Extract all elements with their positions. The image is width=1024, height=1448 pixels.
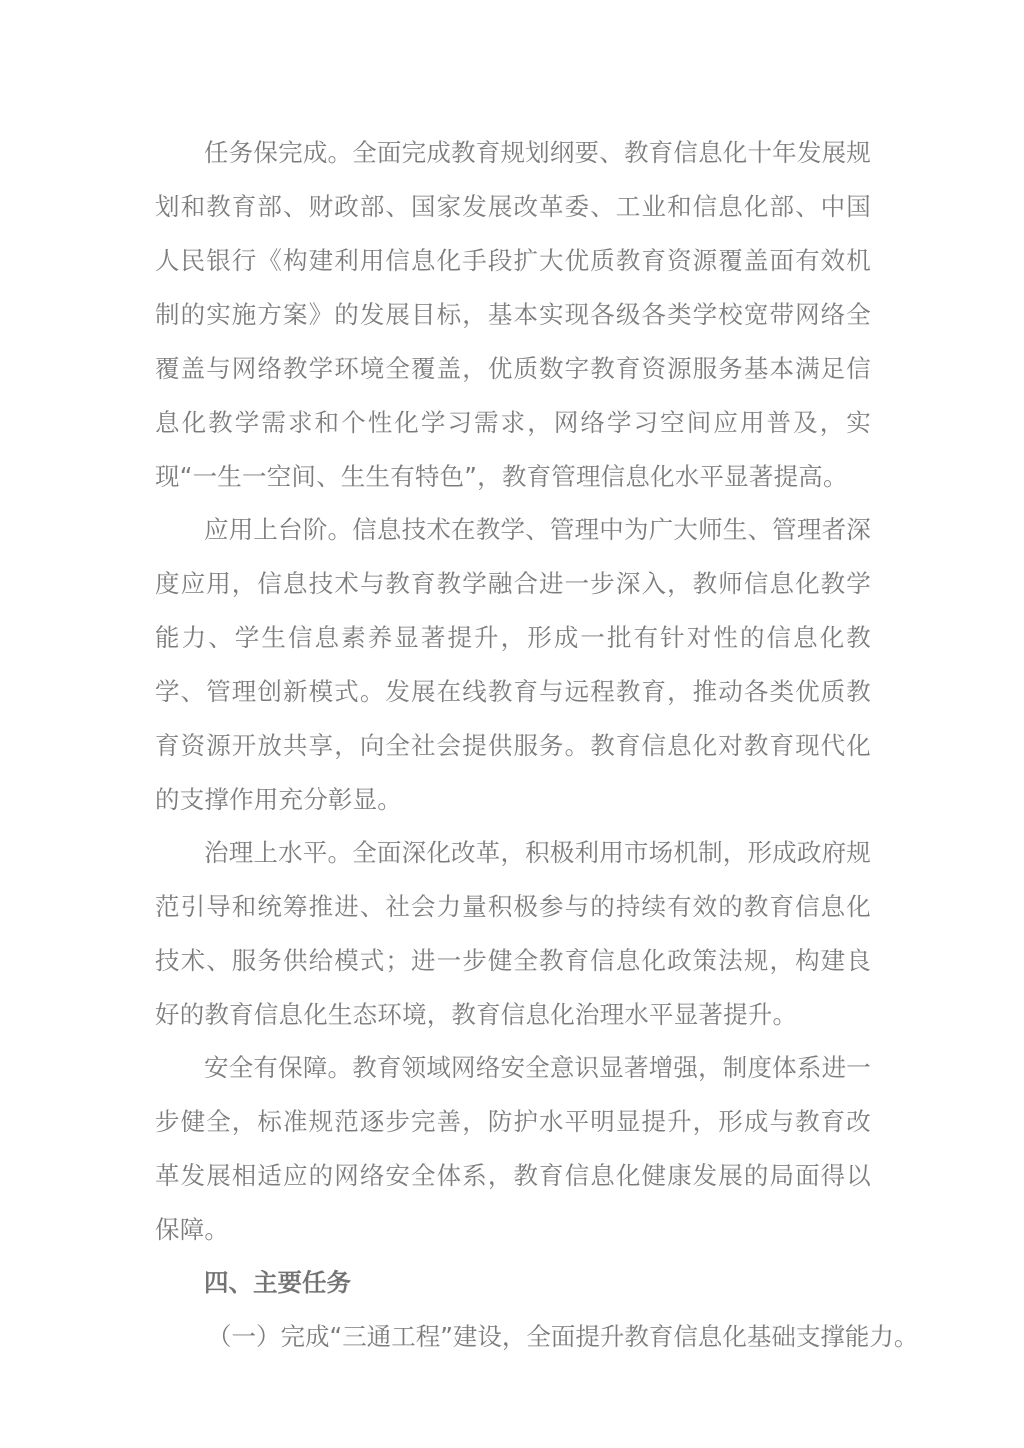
subsection-heading: （一）完成“三通工程”建设，全面提升教育信息化基础支撑能力。 [155,1310,871,1364]
paragraph-task-completion: 任务保完成。全面完成教育规划纲要、教育信息化十年发展规划和教育部、财政部、国家发… [155,126,871,504]
paragraph-governance-level: 治理上水平。全面深化改革，积极利用市场机制，形成政府规范引导和统筹推进、社会力量… [155,826,871,1042]
document-page: 任务保完成。全面完成教育规划纲要、教育信息化十年发展规划和教育部、财政部、国家发… [155,126,871,1364]
paragraph-application-level: 应用上台阶。信息技术在教学、管理中为广大师生、管理者深度应用，信息技术与教育教学… [155,503,871,827]
paragraph-security-guarantee: 安全有保障。教育领域网络安全意识显著增强，制度体系进一步健全，标准规范逐步完善，… [155,1041,871,1257]
section-heading: 四、主要任务 [155,1256,871,1310]
